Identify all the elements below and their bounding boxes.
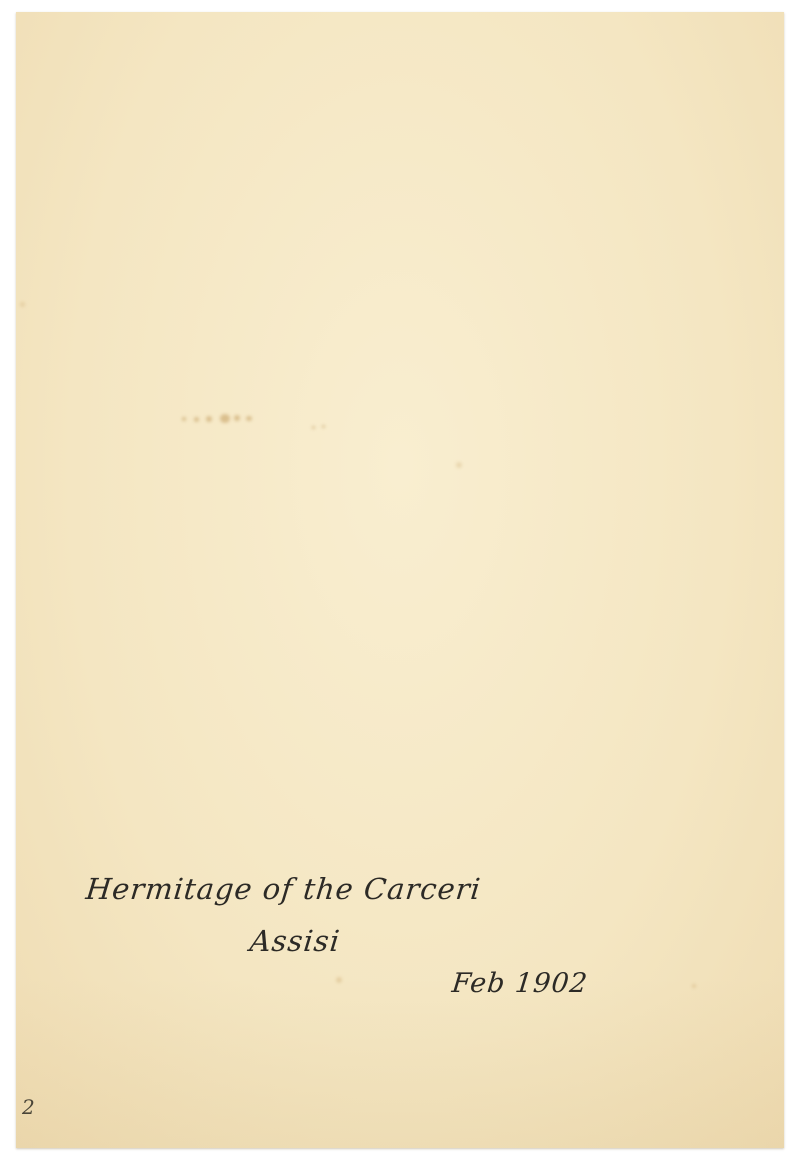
corner-number-mark: 2 — [22, 1095, 36, 1119]
foxing-stain — [206, 416, 212, 422]
foxing-stain — [692, 984, 696, 988]
foxing-stain — [336, 977, 342, 983]
paper-sheet — [16, 12, 784, 1148]
foxing-stain — [220, 414, 230, 423]
foxing-stain — [20, 302, 25, 307]
foxing-stain — [322, 425, 325, 428]
foxing-stain — [246, 416, 252, 421]
foxing-stain — [456, 462, 462, 468]
inscription-date: Feb 1902 — [450, 968, 589, 999]
foxing-stain — [182, 417, 186, 421]
foxing-stain — [312, 426, 315, 429]
inscription-title: Hermitage of the Carceri — [84, 872, 483, 906]
foxing-stain — [234, 415, 240, 421]
inscription-location: Assisi — [248, 924, 342, 958]
foxing-stain — [194, 417, 199, 422]
